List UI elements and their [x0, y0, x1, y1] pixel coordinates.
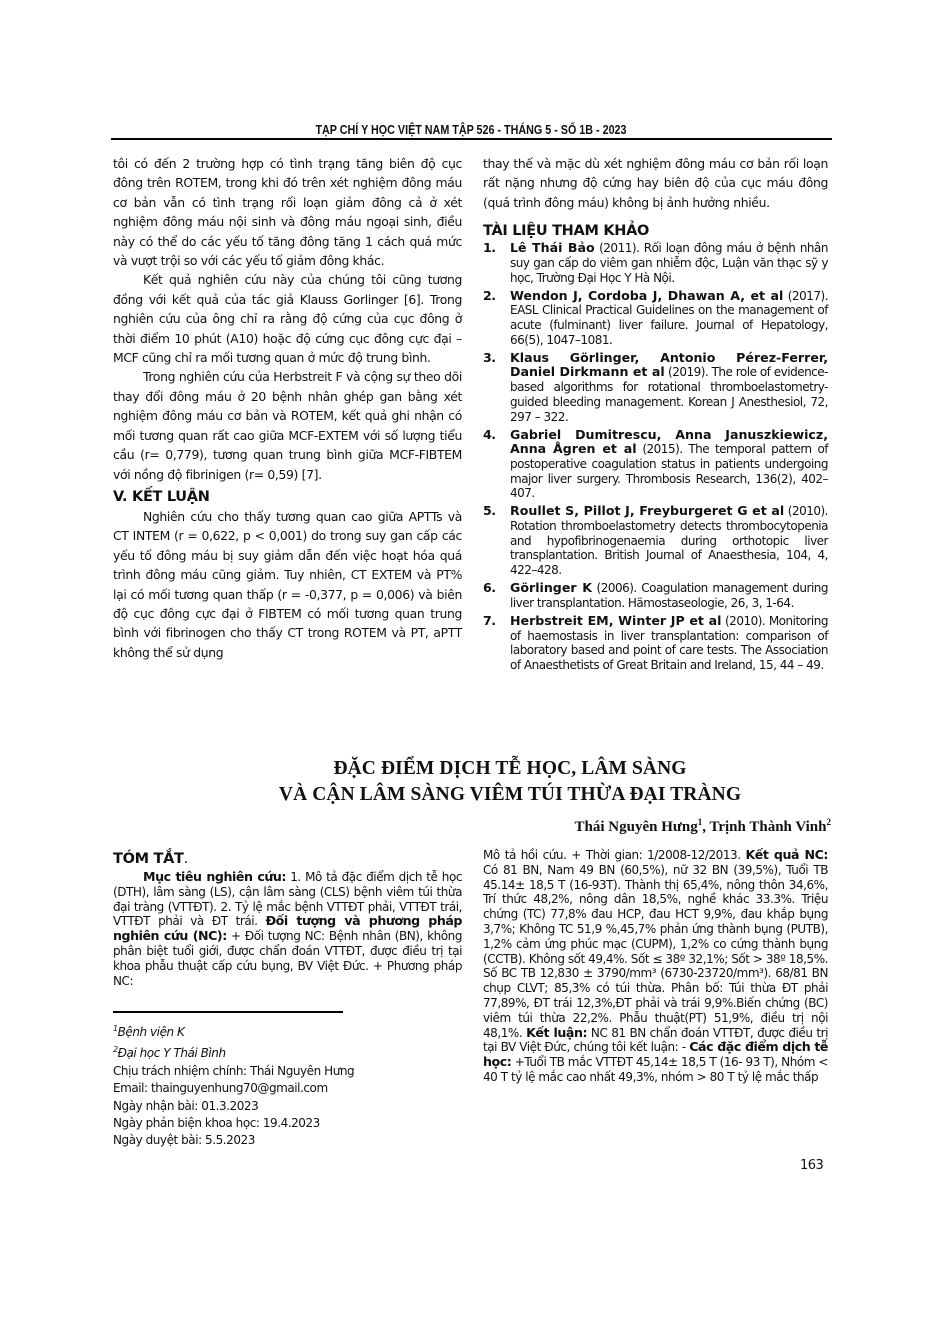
affiliation-2: 2Đại học Y Thái Bình: [113, 1041, 462, 1062]
reference-number: 4.: [483, 428, 510, 502]
conclusion-paragraph: Nghiên cứu cho thấy tương quan cao giữa …: [113, 507, 462, 662]
abstract-paragraph: Mô tả hồi cứu. + Thời gian: 1/2008-12/20…: [483, 848, 828, 1085]
conclusion-label: Kết luận:: [526, 1025, 587, 1040]
article-authors: Thái Nguyên Hưng1, Trịnh Thành Vinh2: [575, 817, 831, 836]
abstract-heading: TÓM TẮT.: [113, 848, 462, 870]
reference-number: 1.: [483, 241, 510, 285]
reference-item: 3.Klaus Görlinger, Antonio Pérez-Ferrer,…: [483, 351, 828, 425]
affiliation-text: Đại học Y Thái Bình: [118, 1046, 226, 1060]
reference-authors: Görlinger K: [510, 580, 592, 595]
abstract-paragraph: Mục tiêu nghiên cứu: 1. Mô tả đặc điểm d…: [113, 870, 462, 988]
reference-list: 1.Lê Thái Bảo (2011). Rối loạn đông máu …: [483, 241, 828, 672]
footnote-rule: [113, 1011, 343, 1013]
reference-authors: Herbstreit EM, Winter JP et al: [510, 613, 721, 628]
author-name: Trịnh Thành Vinh: [709, 819, 826, 835]
reference-number: 7.: [483, 614, 510, 673]
running-head: TẠP CHÍ Y HỌC VIỆT NAM TẬP 526 - THÁNG 5…: [161, 123, 780, 137]
method-text: Mô tả hồi cứu. + Thời gian: 1/2008-12/20…: [483, 848, 745, 862]
reference-authors: Lê Thái Bảo: [510, 240, 595, 255]
abstract-left-column: TÓM TẮT. Mục tiêu nghiên cứu: 1. Mô tả đ…: [113, 848, 462, 988]
abstract-heading-dot: .: [184, 851, 188, 867]
page-number: 163: [800, 1158, 823, 1173]
abstract-heading-text: TÓM TẮT: [113, 851, 184, 867]
objective-label: Mục tiêu nghiên cứu:: [143, 869, 286, 884]
reference-number: 6.: [483, 581, 510, 610]
review-date: Ngày phản biện khoa học: 19.4.2023: [113, 1115, 462, 1132]
affiliation-text: Bệnh viện K: [118, 1025, 185, 1039]
reference-authors: Wendon J, Cordoba J, Dhawan A, et al: [510, 288, 783, 303]
received-date: Ngày nhận bài: 01.3.2023: [113, 1098, 462, 1115]
results-label: Kết quả NC:: [745, 847, 828, 862]
reference-item: 5.Roullet S, Pillot J, Freyburgeret G et…: [483, 504, 828, 578]
journal-page: TẠP CHÍ Y HỌC VIỆT NAM TẬP 526 - THÁNG 5…: [0, 0, 942, 1333]
paragraph: thay thế và mặc dù xét nghiệm đông máu c…: [483, 154, 828, 212]
results-text: Có 81 BN, Nam 49 BN (60,5%), nữ 32 BN (3…: [483, 863, 828, 1040]
reference-item: 4.Gabriel Dumitrescu, Anna Januszkiewicz…: [483, 428, 828, 502]
article-title: ĐẶC ĐIỂM DỊCH TỄ HỌC, LÂM SÀNG VÀ CẬN LÂ…: [180, 756, 840, 808]
article-title-line-1: ĐẶC ĐIỂM DỊCH TỄ HỌC, LÂM SÀNG: [180, 756, 840, 782]
paragraph: tôi có đến 2 trường hợp có tình trạng tă…: [113, 154, 462, 270]
header-rule: [111, 138, 832, 140]
reference-item: 7.Herbstreit EM, Winter JP et al (2010).…: [483, 614, 828, 673]
reference-authors: Roullet S, Pillot J, Freyburgeret G et a…: [510, 503, 784, 518]
reference-item: 1.Lê Thái Bảo (2011). Rối loạn đông máu …: [483, 241, 828, 285]
email: Email: thainguyenhung70@gmail.com: [113, 1080, 462, 1097]
right-column-previous-article: thay thế và mặc dù xét nghiệm đông máu c…: [483, 154, 828, 676]
paragraph: Kết quả nghiên cứu này của chúng tôi cũn…: [113, 270, 462, 367]
responsible-author: Chịu trách nhiệm chính: Thái Nguyên Hưng: [113, 1063, 462, 1080]
reference-item: 2.Wendon J, Cordoba J, Dhawan A, et al (…: [483, 289, 828, 348]
affiliation-1: 1Bệnh viện K: [113, 1020, 462, 1041]
references-heading: TÀI LIỆU THAM KHẢO: [483, 221, 828, 241]
epidemiology-text: +Tuổi TB mắc VTTĐT 45,14± 18,5 T (16- 93…: [483, 1055, 828, 1084]
left-column-previous-article: tôi có đến 2 trường hợp có tình trạng tă…: [113, 154, 462, 662]
reference-number: 3.: [483, 351, 510, 425]
affiliation-marker: 2: [827, 817, 832, 827]
abstract-right-column: Mô tả hồi cứu. + Thời gian: 1/2008-12/20…: [483, 848, 828, 1085]
paragraph: Trong nghiên cứu của Herbstreit F và cộn…: [113, 367, 462, 483]
author-name: Thái Nguyên Hưng: [575, 819, 698, 835]
footnotes: 1Bệnh viện K 2Đại học Y Thái Bình Chịu t…: [113, 1020, 462, 1150]
accepted-date: Ngày duyệt bài: 5.5.2023: [113, 1132, 462, 1149]
section-heading-conclusion: V. KẾT LUẬN: [113, 487, 462, 507]
reference-number: 2.: [483, 289, 510, 348]
article-title-line-2: VÀ CẬN LÂM SÀNG VIÊM TÚI THỪA ĐẠI TRÀNG: [180, 782, 840, 808]
reference-item: 6.Görlinger K (2006). Coagulation manage…: [483, 581, 828, 610]
reference-number: 5.: [483, 504, 510, 578]
